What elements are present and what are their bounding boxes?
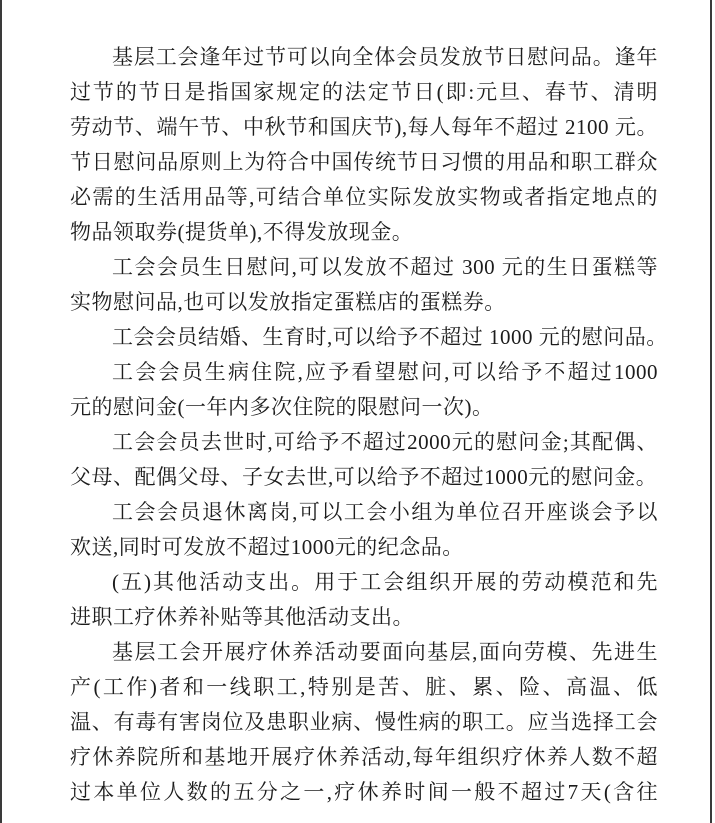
document-page: 基层工会逢年过节可以向全体会员发放节日慰问品。逢年过节的节日是指国家规定的法定节…: [0, 0, 715, 823]
text-line: 工会会员生病住院,应予看望慰问,可以给予不超过1000: [70, 355, 658, 390]
text-line: 物品领取券(提货单),不得发放现金。: [70, 215, 658, 250]
text-line: 元的慰问金(一年内多次住院的限慰问一次)。: [70, 390, 658, 425]
page-right-edge: [710, 0, 712, 823]
text-line: 温、有毒有害岗位及患职业病、慢性病的职工。应当选择工会: [70, 705, 658, 740]
text-line: 节日慰问品原则上为符合中国传统节日习惯的用品和职工群众: [70, 145, 658, 180]
paragraph: 工会会员退休离岗,可以工会小组为单位召开座谈会予以欢送,同时可发放不超过1000…: [70, 495, 658, 565]
text-line: 欢送,同时可发放不超过1000元的纪念品。: [70, 530, 658, 565]
text-line: 劳动节、端午节、中秋节和国庆节),每人每年不超过 2100 元。: [70, 110, 658, 145]
text-line: 工会会员去世时,可给予不超过2000元的慰问金;其配偶、: [70, 425, 658, 460]
text-line: 必需的生活用品等,可结合单位实际发放实物或者指定地点的: [70, 180, 658, 215]
paragraph: 工会会员去世时,可给予不超过2000元的慰问金;其配偶、父母、配偶父母、子女去世…: [70, 425, 658, 495]
text-line: 基层工会逢年过节可以向全体会员发放节日慰问品。逢年: [70, 40, 658, 75]
text-line: 工会会员退休离岗,可以工会小组为单位召开座谈会予以: [70, 495, 658, 530]
text-line: 产(工作)者和一线职工,特别是苦、脏、累、险、高温、低: [70, 670, 658, 705]
page-left-edge: [0, 0, 2, 823]
paragraph: (五)其他活动支出。用于工会组织开展的劳动模范和先进职工疗休养补贴等其他活动支出…: [70, 565, 658, 635]
text-line: 疗休养院所和基地开展疗休养活动,每年组织疗休养人数不超: [70, 740, 658, 775]
text-line: 工会会员结婚、生育时,可以给予不超过 1000 元的慰问品。: [70, 320, 658, 355]
paragraph: 基层工会开展疗休养活动要面向基层,面向劳模、先进生产(工作)者和一线职工,特别是…: [70, 635, 658, 810]
paragraph: 基层工会逢年过节可以向全体会员发放节日慰问品。逢年过节的节日是指国家规定的法定节…: [70, 40, 658, 250]
paragraph: 工会会员结婚、生育时,可以给予不超过 1000 元的慰问品。: [70, 320, 658, 355]
paragraph: 工会会员生病住院,应予看望慰问,可以给予不超过1000元的慰问金(一年内多次住院…: [70, 355, 658, 425]
text-line: (五)其他活动支出。用于工会组织开展的劳动模范和先: [70, 565, 658, 600]
paragraph: 工会会员生日慰问,可以发放不超过 300 元的生日蛋糕等实物慰问品,也可以发放指…: [70, 250, 658, 320]
text-line: 基层工会开展疗休养活动要面向基层,面向劳模、先进生: [70, 635, 658, 670]
text-line: 进职工疗休养补贴等其他活动支出。: [70, 600, 658, 635]
text-line: 过节的节日是指国家规定的法定节日(即:元旦、春节、清明节、: [70, 75, 658, 110]
text-line: 实物慰问品,也可以发放指定蛋糕店的蛋糕券。: [70, 285, 658, 320]
text-line: 过本单位人数的五分之一,疗休养时间一般不超过7天(含往: [70, 775, 658, 810]
text-line: 工会会员生日慰问,可以发放不超过 300 元的生日蛋糕等: [70, 250, 658, 285]
text-line: 父母、配偶父母、子女去世,可以给予不超过1000元的慰问金。: [70, 460, 658, 495]
document-body: 基层工会逢年过节可以向全体会员发放节日慰问品。逢年过节的节日是指国家规定的法定节…: [70, 40, 658, 810]
